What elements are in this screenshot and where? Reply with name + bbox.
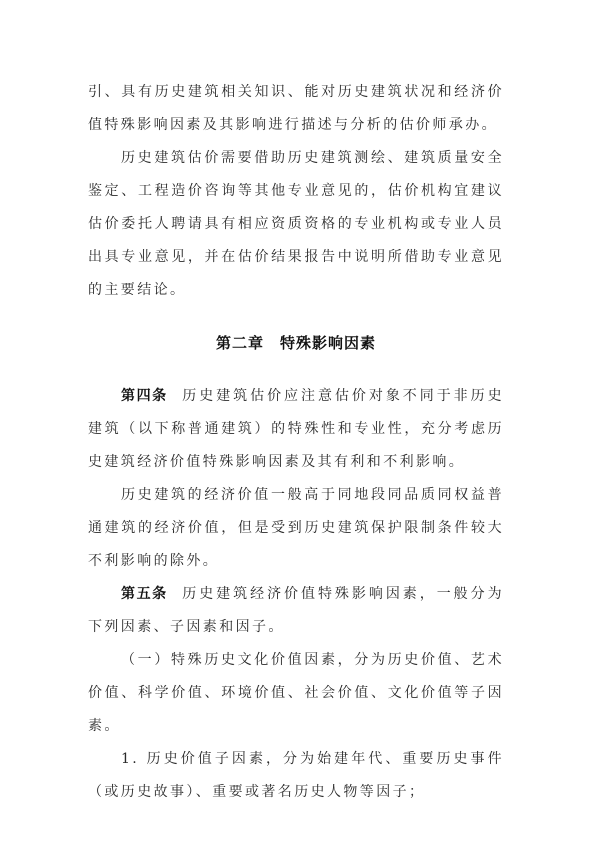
article-4: 第四条历史建筑估价应注意估价对象不同于非历史建筑（以下称普通建筑）的特殊性和专业…	[88, 380, 504, 479]
spacer	[88, 360, 504, 380]
article-5-item-1-sub-1: 1. 历史价值子因素，分为始建年代、重要历史事件（或历史故事）、重要或著名历史人…	[88, 743, 504, 809]
paragraph-expert-opinion: 历史建筑估价需要借助历史建筑测绘、建筑质量安全鉴定、工程造价咨询等其他专业意见的…	[88, 142, 504, 307]
chapter-title: 特殊影响因素	[280, 334, 376, 352]
article-5-label: 第五条	[121, 586, 168, 602]
article-4-label: 第四条	[121, 388, 168, 404]
chapter-number: 第二章	[216, 334, 264, 352]
article-5: 第五条历史建筑经济价值特殊影响因素，一般分为下列因素、子因素和因子。	[88, 578, 504, 644]
spacer	[88, 307, 504, 327]
paragraph-continuation: 引、具有历史建筑相关知识、能对历史建筑状况和经济价值特殊影响因素及其影响进行描述…	[88, 76, 504, 142]
chapter-heading: 第二章特殊影响因素	[88, 327, 504, 360]
article-4-paragraph-2: 历史建筑的经济价值一般高于同地段同品质同权益普通建筑的经济价值，但是受到历史建筑…	[88, 479, 504, 578]
article-5-item-1: （一）特殊历史文化价值因素，分为历史价值、艺术价值、科学价值、环境价值、社会价值…	[88, 644, 504, 743]
document-page: 引、具有历史建筑相关知识、能对历史建筑状况和经济价值特殊影响因素及其影响进行描述…	[88, 76, 504, 809]
